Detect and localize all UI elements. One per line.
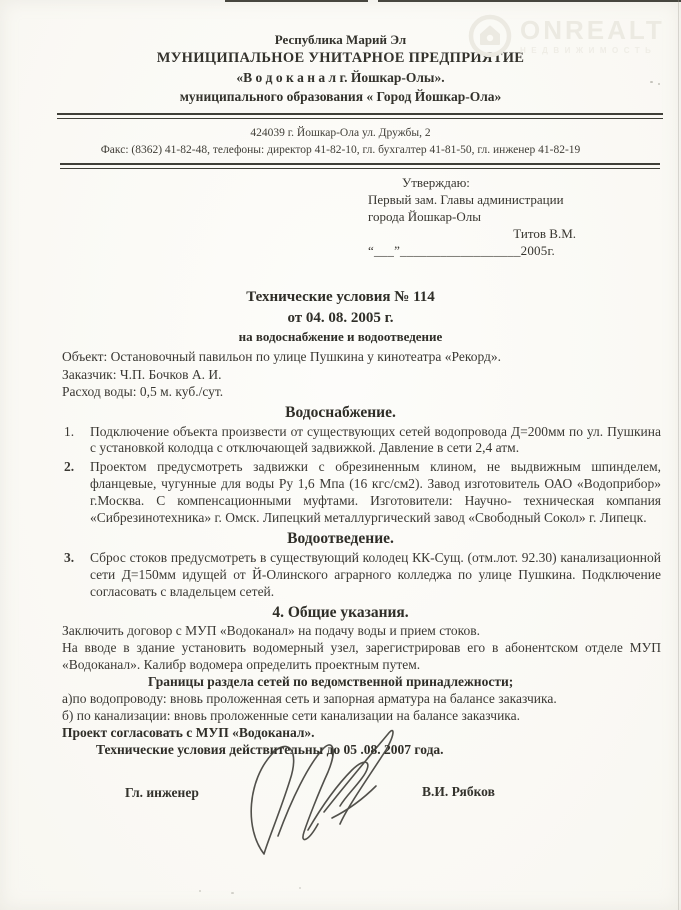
double-rule bbox=[60, 163, 660, 169]
water-consumption-line: Расход воды: 0,5 м. куб./сут. bbox=[62, 383, 661, 401]
phone-fax-line: Факс: (8362) 41-82-48, телефоны: директо… bbox=[0, 143, 681, 157]
approval-label: Утверждаю: bbox=[402, 175, 584, 190]
title-date: от 04. 08. 2005 г. bbox=[0, 309, 681, 327]
handwritten-signature bbox=[228, 722, 408, 862]
double-rule bbox=[57, 113, 663, 119]
approver-title-line1: Первый зам. Главы администрации bbox=[368, 192, 584, 207]
item-text: Проектом предусмотреть задвижки с обрези… bbox=[90, 459, 661, 527]
title-subject: на водоснабжение и водоотведение bbox=[0, 329, 681, 345]
scanned-document-page: ONREALT НЕДВИЖИМОСТЬ Республика Марий Эл… bbox=[0, 0, 681, 910]
general-paragraph: Заключить договор с МУП «Водоканал» на п… bbox=[62, 622, 661, 639]
item-text: Сброс стоков предусмотреть в существующи… bbox=[90, 550, 661, 601]
approval-date-line: “___”__________________2005г. bbox=[368, 243, 584, 258]
scan-speck bbox=[658, 83, 660, 85]
scan-top-edge-line bbox=[225, 0, 368, 2]
letterhead-municipality: муниципального образования « Город Йошка… bbox=[0, 89, 681, 105]
object-line: Объект: Остановочный павильон по улице П… bbox=[62, 348, 661, 366]
approval-block: Утверждаю: Первый зам. Главы администрац… bbox=[368, 175, 584, 258]
customer-line: Заказчик: Ч.П. Бочков А. И. bbox=[62, 366, 661, 384]
approver-name: Титов В.М. bbox=[368, 226, 584, 241]
item-number: 2. bbox=[64, 459, 90, 527]
scan-right-edge-line bbox=[678, 0, 679, 910]
letterhead-company-type: МУНИЦИПАЛЬНОЕ УНИТАРНОЕ ПРЕДПРИЯТИЕ bbox=[0, 50, 681, 67]
signer-position: Гл. инженер bbox=[125, 785, 199, 801]
scan-speck bbox=[650, 81, 653, 83]
list-item: 2. Проектом предусмотреть задвижки с обр… bbox=[64, 459, 661, 527]
letterhead-contacts: 424039 г. Йошкар-Ола ул. Дружбы, 2 Факс:… bbox=[0, 126, 681, 157]
address-line: 424039 г. Йошкар-Ола ул. Дружбы, 2 bbox=[0, 126, 681, 140]
scan-speck bbox=[231, 892, 234, 894]
title-number: Технические условия № 114 bbox=[0, 288, 681, 306]
approver-title-line2: города Йошкар-Олы bbox=[368, 209, 584, 224]
list-item: 1. Подключение объекта произвести от сущ… bbox=[64, 424, 661, 458]
sewerage-heading: Водоотведение. bbox=[0, 529, 681, 548]
item-text: Подключение объекта произвести от сущест… bbox=[90, 424, 661, 458]
general-paragraph: На вводе в здание установить водомерный … bbox=[62, 639, 661, 673]
scan-top-edge-line bbox=[378, 0, 681, 2]
item-number: 3. bbox=[64, 550, 90, 601]
water-supply-heading: Водоснабжение. bbox=[0, 403, 681, 422]
scan-speck bbox=[199, 890, 201, 892]
general-instructions-heading: 4. Общие указания. bbox=[0, 603, 681, 622]
boundaries-item-a: а)по водопроводу: вновь проложенная сеть… bbox=[62, 690, 661, 707]
signer-name: В.И. Рябков bbox=[422, 784, 495, 800]
letterhead: Республика Марий Эл МУНИЦИПАЛЬНОЕ УНИТАР… bbox=[0, 0, 681, 105]
letterhead-company-name: «В о д о к а н а л г. Йошкар-Олы». bbox=[0, 70, 681, 86]
document-title: Технические условия № 114 от 04. 08. 200… bbox=[0, 288, 681, 345]
letterhead-region: Республика Марий Эл bbox=[0, 32, 681, 47]
item-number: 1. bbox=[64, 424, 90, 458]
boundaries-heading: Границы раздела сетей по ведомственной п… bbox=[148, 673, 661, 690]
list-item: 3. Сброс стоков предусмотреть в существу… bbox=[64, 550, 661, 601]
scan-speck bbox=[299, 887, 301, 889]
object-details: Объект: Остановочный павильон по улице П… bbox=[62, 348, 661, 401]
